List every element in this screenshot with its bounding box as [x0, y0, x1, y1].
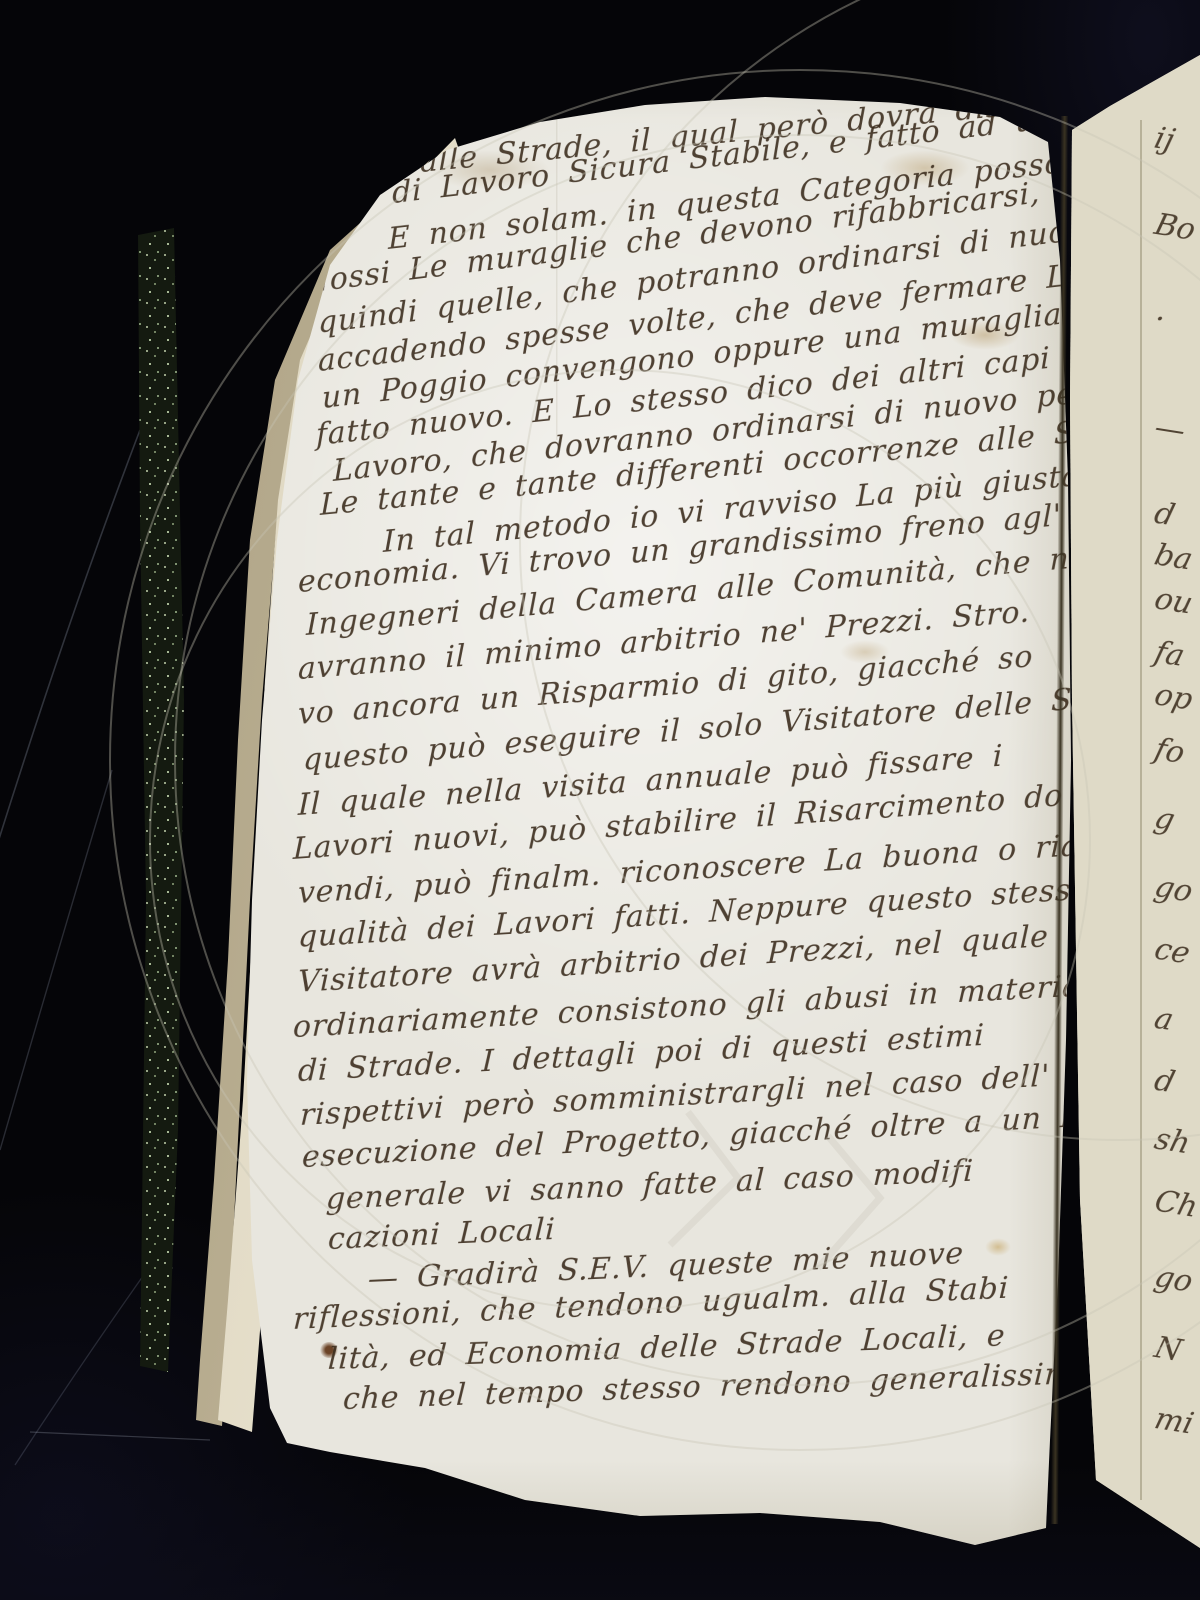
manuscript-fragment: fo: [1151, 732, 1188, 771]
manuscript-fragment: fa: [1151, 635, 1188, 674]
manuscript-line: cazioni Locali: [327, 1212, 556, 1258]
manuscript-fragment: ou: [1151, 582, 1196, 622]
manuscript-fragment: sh: [1151, 1122, 1194, 1162]
scratch-line: [0, 430, 140, 900]
manuscript-fragment: go: [1151, 870, 1196, 910]
manuscript-fragment: d: [1151, 1063, 1178, 1100]
scratch-line: [30, 1432, 210, 1440]
manuscript-fragment: a: [1151, 1001, 1177, 1038]
manuscript-fragment: mi: [1151, 1401, 1197, 1441]
manuscript-fragment: ba: [1151, 538, 1196, 578]
manuscript-fragment: ·: [1151, 302, 1169, 338]
manuscript-fragment: —: [1151, 410, 1189, 449]
manuscript-fragment: d: [1151, 496, 1178, 533]
manuscript-fragment: go: [1151, 1260, 1196, 1300]
manuscript-photo-scene: alle Strade, il qual però dovrà discorre…: [0, 0, 1200, 1600]
scratch-line: [0, 770, 112, 1150]
foxing-stain: [985, 1238, 1011, 1256]
manuscript-fragment: Bo: [1151, 207, 1199, 247]
manuscript-fragment: N: [1151, 1330, 1185, 1368]
manuscript-fragment: g: [1151, 801, 1178, 838]
paper-crease: [1140, 120, 1142, 1500]
manuscript-fragment: Ch: [1151, 1184, 1200, 1225]
manuscript-fragment: ij: [1151, 121, 1178, 158]
manuscript-fragment: ce: [1151, 932, 1194, 971]
manuscript-fragment: op: [1151, 678, 1196, 718]
